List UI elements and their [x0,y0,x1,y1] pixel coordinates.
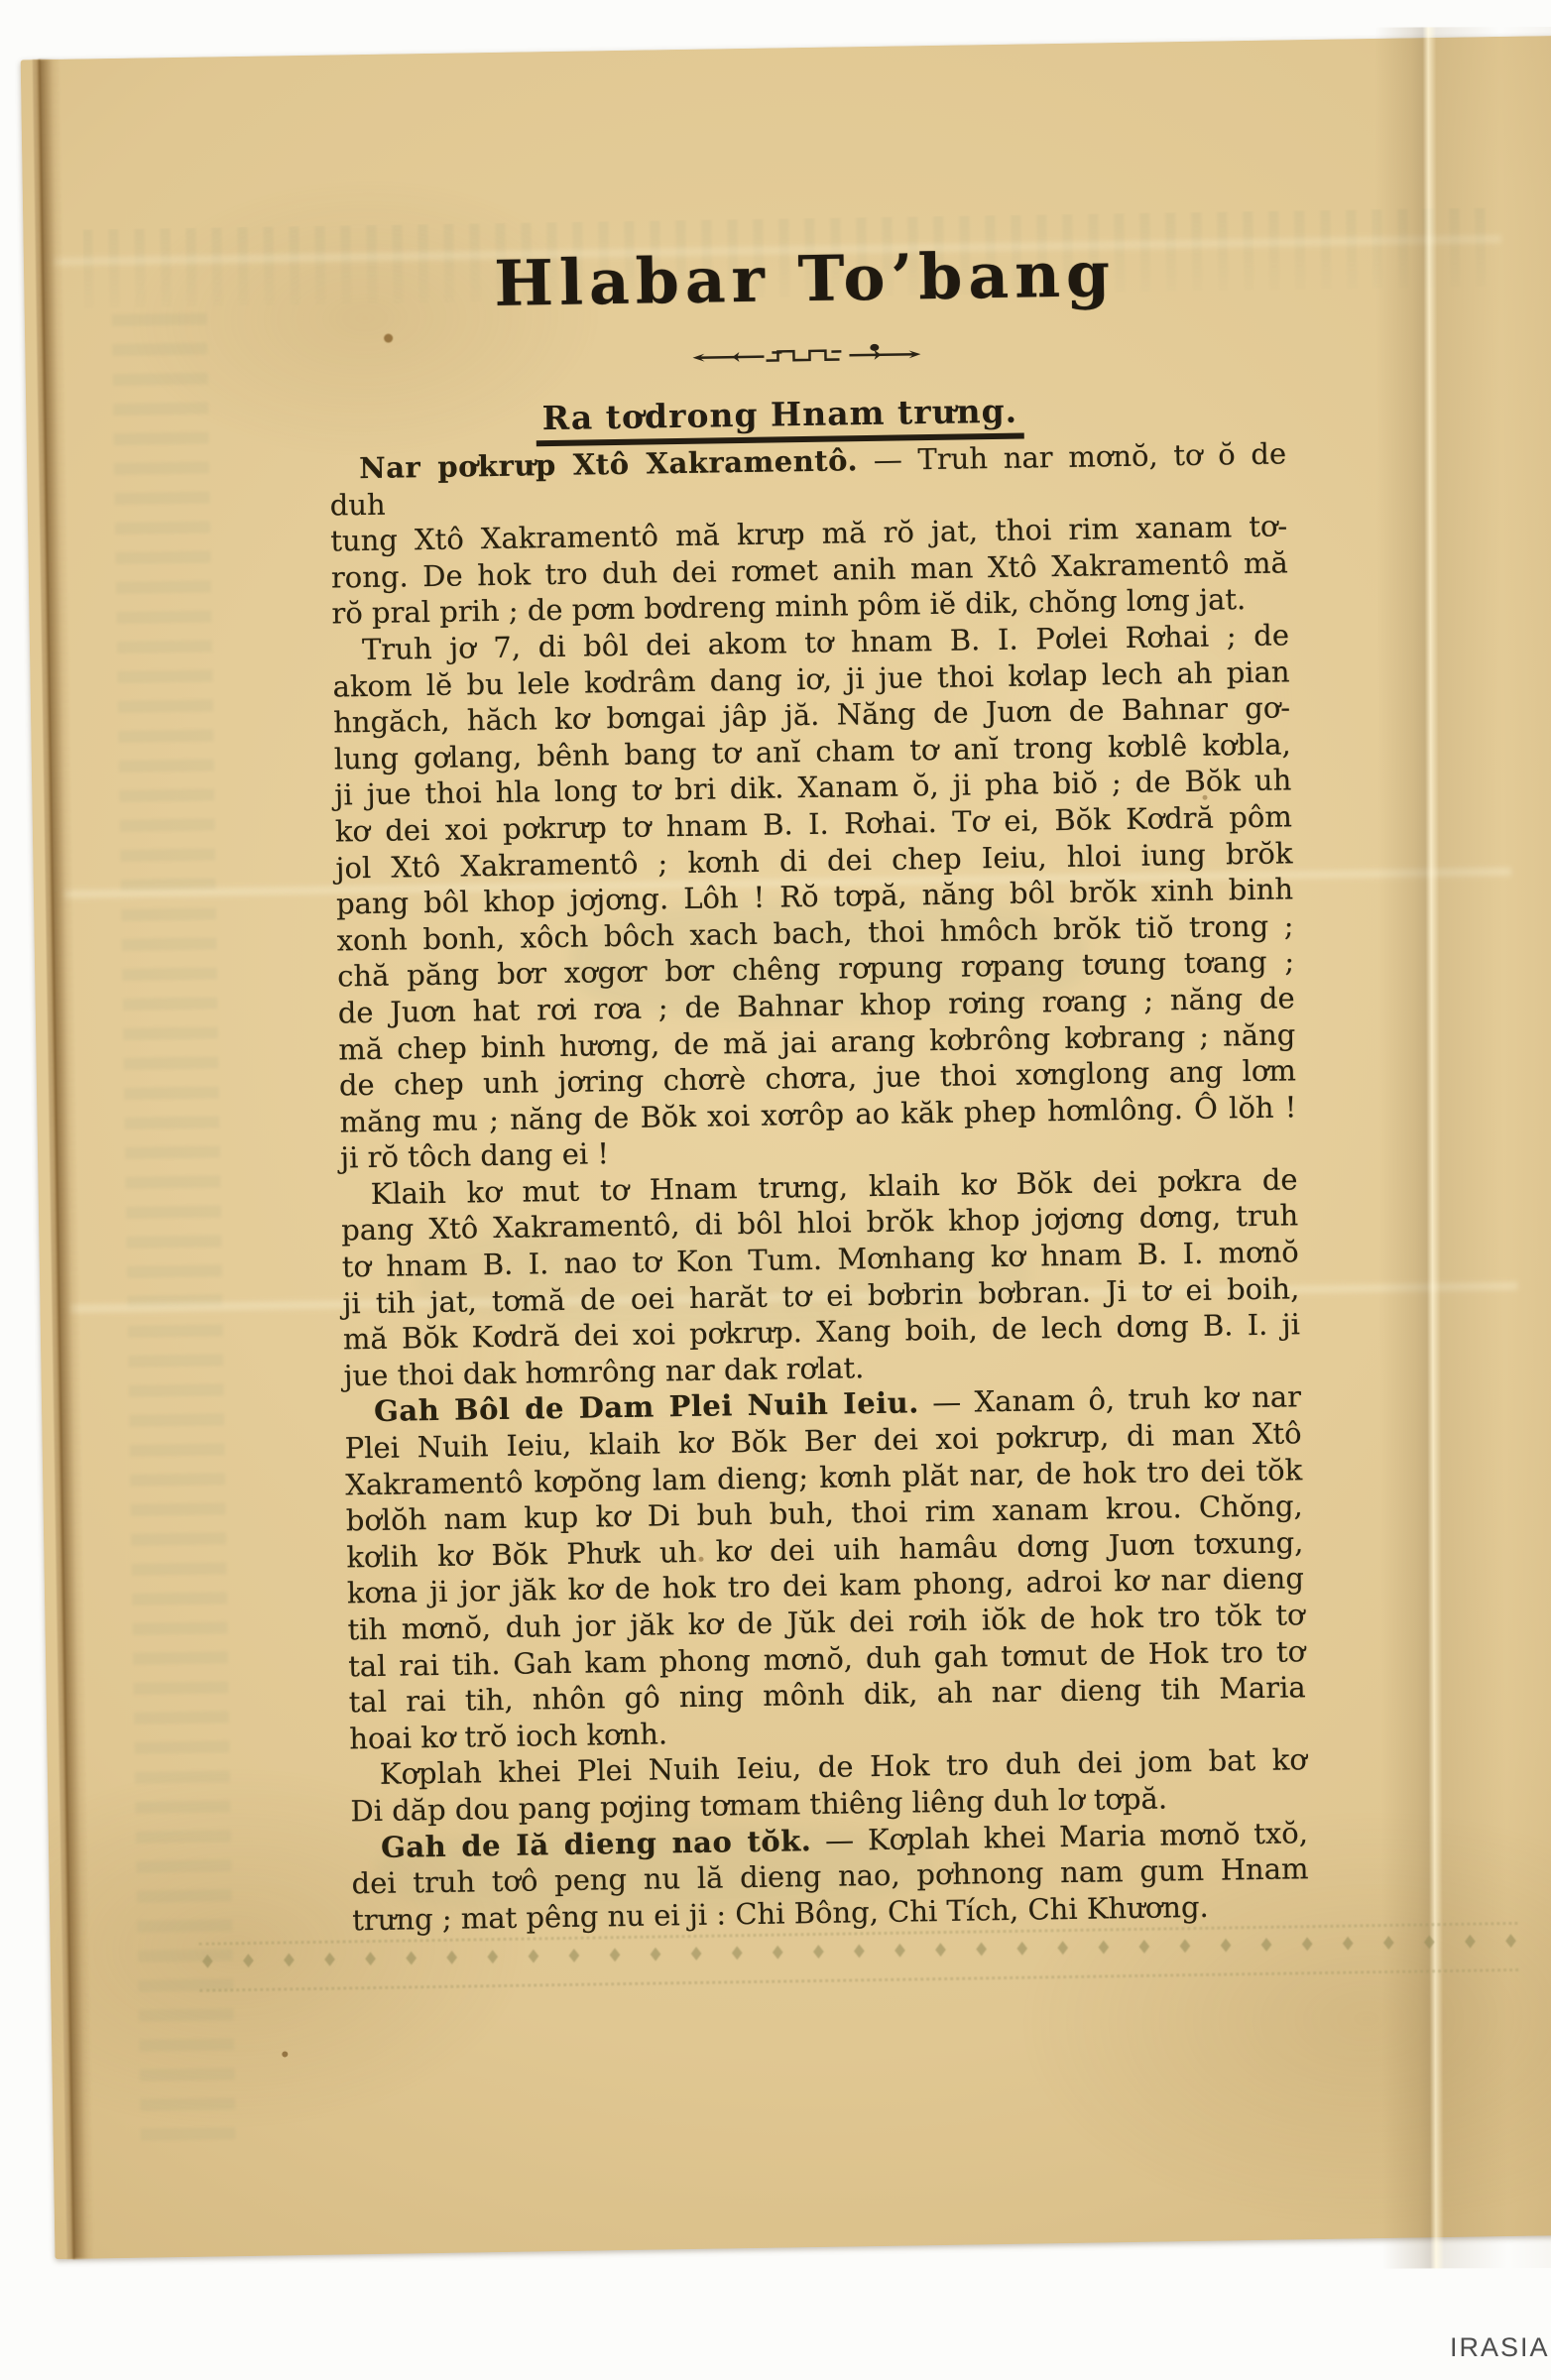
ornament-divider-icon [692,343,920,367]
paragraph-lead: Nar pơkrưp Xtô Xakramentô. [359,443,858,485]
text-column: Nar pơkrưp Xtô Xakramentô. — Truh nar mơ… [329,435,1309,1938]
text-segment: — Xanam ô, truh kơ nar [919,1380,1302,1420]
scan-viewer: { "page": { "title": "Hlabar To’bang", "… [0,0,1551,2380]
paragraph: Nar pơkrưp Xtô Xakramentô. — Truh nar mơ… [329,435,1289,632]
ornament-divider [327,337,1284,376]
watermark-label: IRASIA [1450,2332,1550,2363]
paragraph: Truh jơ 7, di bôl dei akom tơ hnam B. I.… [332,617,1298,1176]
paragraph-lead: Gah de Iă dieng nao tŏk. [381,1824,812,1864]
paragraph: Gah Bôl de Dam Plei Nuih Ieiu. — Xanam ô… [344,1379,1307,1757]
page-title: Hlabar To’bang [326,234,1284,322]
text-segment: — Kơplah khei Maria mơnŏ txŏ, [811,1816,1308,1857]
text-segment: hoai kơ trŏ ioch kơnh. [349,1717,667,1755]
section-heading: Ra tơdrong Hnam trưng. [536,392,1023,447]
printed-content: Hlabar To’bang Ra tơdrong Hn [21,36,1551,2259]
scanned-page: Hlabar To’bang Ra tơdrong Hn [21,36,1551,2259]
paragraph: Gah de Iă dieng nao tŏk. — Kơplah khei M… [351,1815,1310,1939]
paragraph: Klaih kơ mut tơ Hnam trưng, klaih kơ Bŏk… [340,1161,1300,1394]
text-segment: ji rŏ tôch dang ei ! [340,1136,609,1174]
